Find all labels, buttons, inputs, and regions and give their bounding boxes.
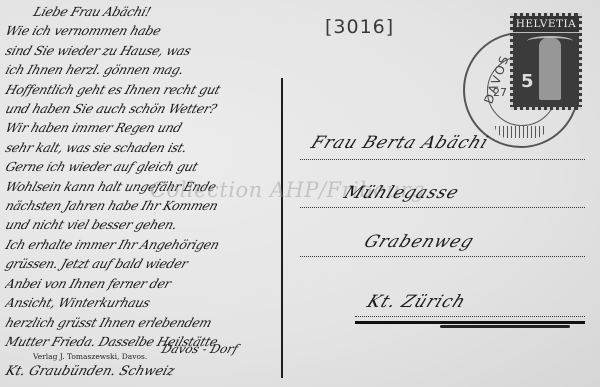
message-line: Anbei von Ihnen ferner der	[3, 274, 284, 293]
message-line: Gerne ich wieder auf gleich gut	[3, 157, 284, 176]
message-area: Liebe Frau Abächi! Wie ich vernommen hab…	[6, 2, 281, 351]
address-dotted-line	[300, 256, 585, 257]
address-dotted-line	[300, 207, 585, 208]
sender-location: Davos - Dorf	[160, 342, 240, 356]
postage-stamp: HELVETIA 5	[510, 13, 582, 110]
address-line-1: Frau Berta Abächi	[308, 133, 492, 153]
archive-number: [3016]	[325, 16, 394, 38]
publisher-imprint: Verlag J. Tomaszewski, Davos.	[33, 352, 147, 361]
address-underline-2	[440, 325, 570, 328]
address-dotted-line	[300, 159, 585, 160]
address-dotted-line	[355, 316, 585, 317]
tell-boy-figure-icon	[539, 38, 561, 100]
message-line: und haben Sie auch schön Wetter?	[3, 99, 284, 118]
postcard: Liebe Frau Abächi! Wie ich vernommen hab…	[0, 0, 600, 387]
sender-canton: Kt. Graubünden. Schweiz	[4, 364, 177, 379]
message-line: ich Ihnen herzl. gönnen mag.	[3, 60, 284, 79]
message-line: Mutter Frieda. Dasselbe Heilstätte	[3, 332, 284, 351]
address-line-3: Grabenweg	[361, 232, 477, 252]
message-line: und nicht viel besser gehen.	[3, 215, 284, 234]
address-line-2: Mühlegasse	[341, 183, 462, 203]
divider-line	[281, 78, 283, 378]
message-line: sind Sie wieder zu Hause, was	[3, 41, 284, 60]
message-line: Wir haben immer Regen und	[3, 118, 284, 137]
message-line: Ich erhalte immer Ihr Angehörigen	[3, 235, 284, 254]
address-underline	[355, 321, 585, 324]
postmark-hatching	[495, 126, 547, 138]
address-line-4: Kt. Zürich	[364, 292, 469, 312]
stamp-country: HELVETIA	[513, 16, 579, 33]
message-line: Wie ich vernommen habe	[3, 21, 284, 40]
postmark-date: 27	[493, 86, 507, 99]
message-line: Hoffentlich geht es Ihnen recht gut	[3, 80, 284, 99]
message-line: Ansicht, Winterkurhaus	[3, 293, 284, 312]
message-line: grüssen. Jetzt auf bald wieder	[3, 254, 284, 273]
message-line: herzlich grüsst Ihnen erlebendem	[3, 313, 284, 332]
greeting: Liebe Frau Abächi!	[3, 2, 284, 21]
message-line: sehr kalt, was sie schaden ist.	[3, 138, 284, 157]
stamp-value: 5	[521, 71, 534, 92]
